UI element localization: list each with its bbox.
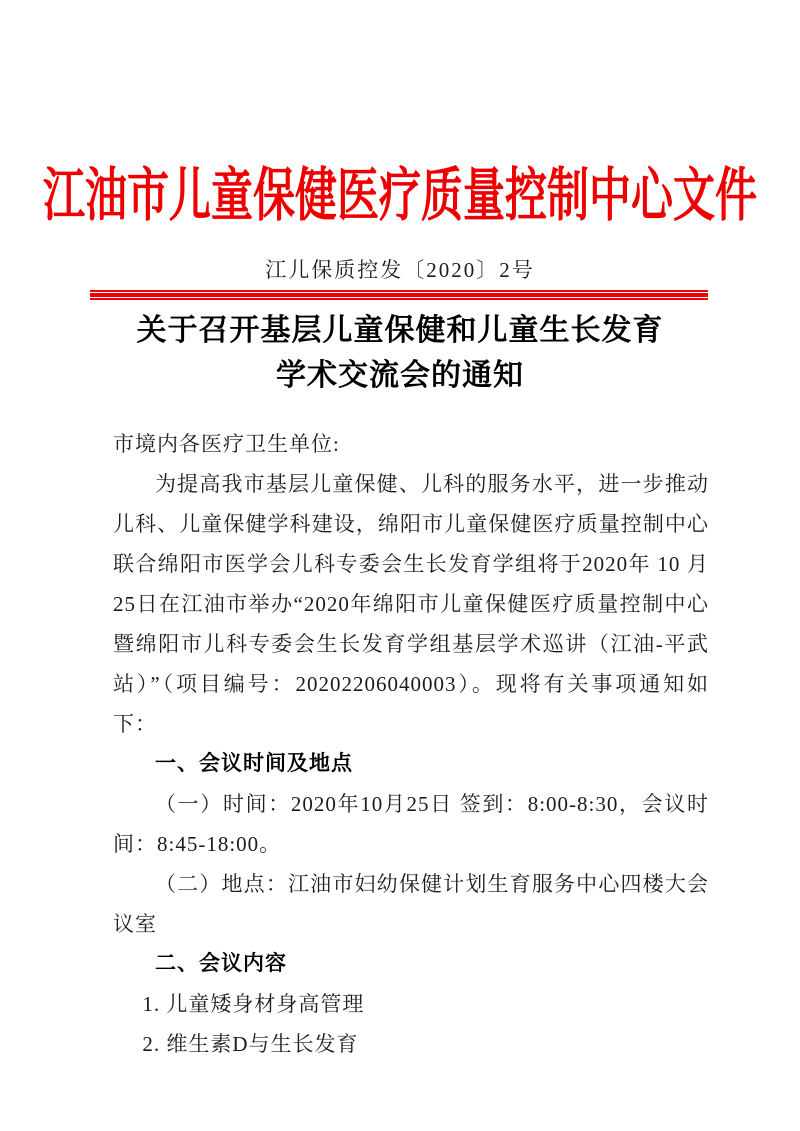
salutation: 市境内各医疗卫生单位: xyxy=(113,424,709,464)
section-2-heading: 二、会议内容 xyxy=(113,944,709,984)
section-1-place-item: （二）地点：江油市妇幼保健计划生育服务中心四楼大会议室 xyxy=(113,864,709,944)
document-reference-number: 江儿保质控发〔2020〕2号 xyxy=(0,254,800,284)
agenda-item-1: 1. 儿童矮身材身高管理 xyxy=(113,984,709,1024)
section-1-time-item: （一）时间：2020年10月25日 签到：8:00-8:30，会议时间：8:45… xyxy=(113,784,709,864)
document-title-line-2: 学术交流会的通知 xyxy=(0,353,800,398)
letterhead-banner: 江油市儿童保健医疗质量控制中心文件 xyxy=(0,150,800,210)
letterhead-title: 江油市儿童保健医疗质量控制中心文件 xyxy=(43,150,757,233)
red-separator-rule xyxy=(90,290,708,300)
intro-paragraph: 为提高我市基层儿童保健、儿科的服务水平，进一步推动儿科、儿童保健学科建设，绵阳市… xyxy=(113,464,709,744)
agenda-item-2: 2. 维生素D与生长发育 xyxy=(113,1024,709,1064)
document-title: 关于召开基层儿童保健和儿童生长发育 学术交流会的通知 xyxy=(0,308,800,398)
section-1-heading: 一、会议时间及地点 xyxy=(113,744,709,784)
document-page: 江油市儿童保健医疗质量控制中心文件 江儿保质控发〔2020〕2号 关于召开基层儿… xyxy=(0,0,800,1131)
document-title-line-1: 关于召开基层儿童保健和儿童生长发育 xyxy=(0,308,800,353)
document-body: 市境内各医疗卫生单位: 为提高我市基层儿童保健、儿科的服务水平，进一步推动儿科、… xyxy=(113,424,709,1064)
